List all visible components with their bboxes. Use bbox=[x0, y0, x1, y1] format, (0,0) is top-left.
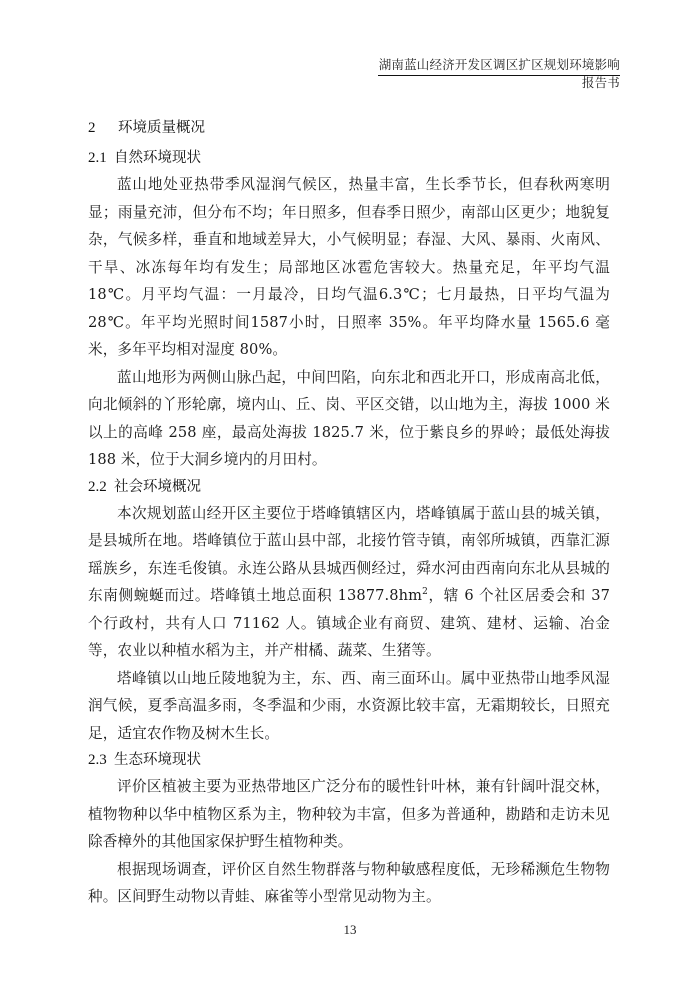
section-number: 2 bbox=[88, 116, 118, 140]
paragraph: 根据现场调查，评价区自然生物群落与物种敏感程度低，无珍稀濒危生物物种。区间野生动… bbox=[88, 856, 610, 911]
subsection-number: 2.2 bbox=[88, 474, 114, 500]
running-header: 湖南蓝山经济开发区调区扩区规划环境影响报告书 bbox=[378, 55, 620, 91]
subsection-heading-2-1: 2.1自然环境现状 bbox=[88, 145, 610, 171]
subsection-title: 生态环境现状 bbox=[114, 752, 201, 768]
subsection-title: 自然环境现状 bbox=[114, 150, 201, 166]
subsection-heading-2-2: 2.2社会环境概况 bbox=[88, 474, 610, 500]
page-number: 13 bbox=[0, 922, 700, 938]
subsection-title: 社会环境概况 bbox=[114, 479, 201, 495]
paragraph: 蓝山地处亚热带季风湿润气候区，热量丰富，生长季节长，但春秋两寒明显；雨量充沛，但… bbox=[88, 171, 610, 364]
header-rule bbox=[378, 75, 620, 76]
paragraph: 蓝山地形为两侧山脉凸起，中间凹陷，向东北和西北开口，形成南高北低，向北倾斜的丫形… bbox=[88, 364, 610, 474]
page-content: 2环境质量概况 2.1自然环境现状 蓝山地处亚热带季风湿润气候区，热量丰富，生长… bbox=[88, 116, 610, 911]
subsection-heading-2-3: 2.3生态环境现状 bbox=[88, 747, 610, 773]
subsection-number: 2.1 bbox=[88, 145, 114, 171]
subsection-number: 2.3 bbox=[88, 747, 114, 773]
section-title: 环境质量概况 bbox=[118, 120, 205, 136]
paragraph: 塔峰镇以山地丘陵地貌为主，东、西、南三面环山。属中亚热带山地季风湿润气候，夏季高… bbox=[88, 665, 610, 748]
section-heading: 2环境质量概况 bbox=[88, 116, 610, 140]
paragraph: 评价区植被主要为亚热带地区广泛分布的暖性针叶林，兼有针阔叶混交林，植物物种以华中… bbox=[88, 773, 610, 856]
paragraph: 本次规划蓝山经开区主要位于塔峰镇辖区内，塔峰镇属于蓝山县的城关镇，是县城所在地。… bbox=[88, 500, 610, 665]
